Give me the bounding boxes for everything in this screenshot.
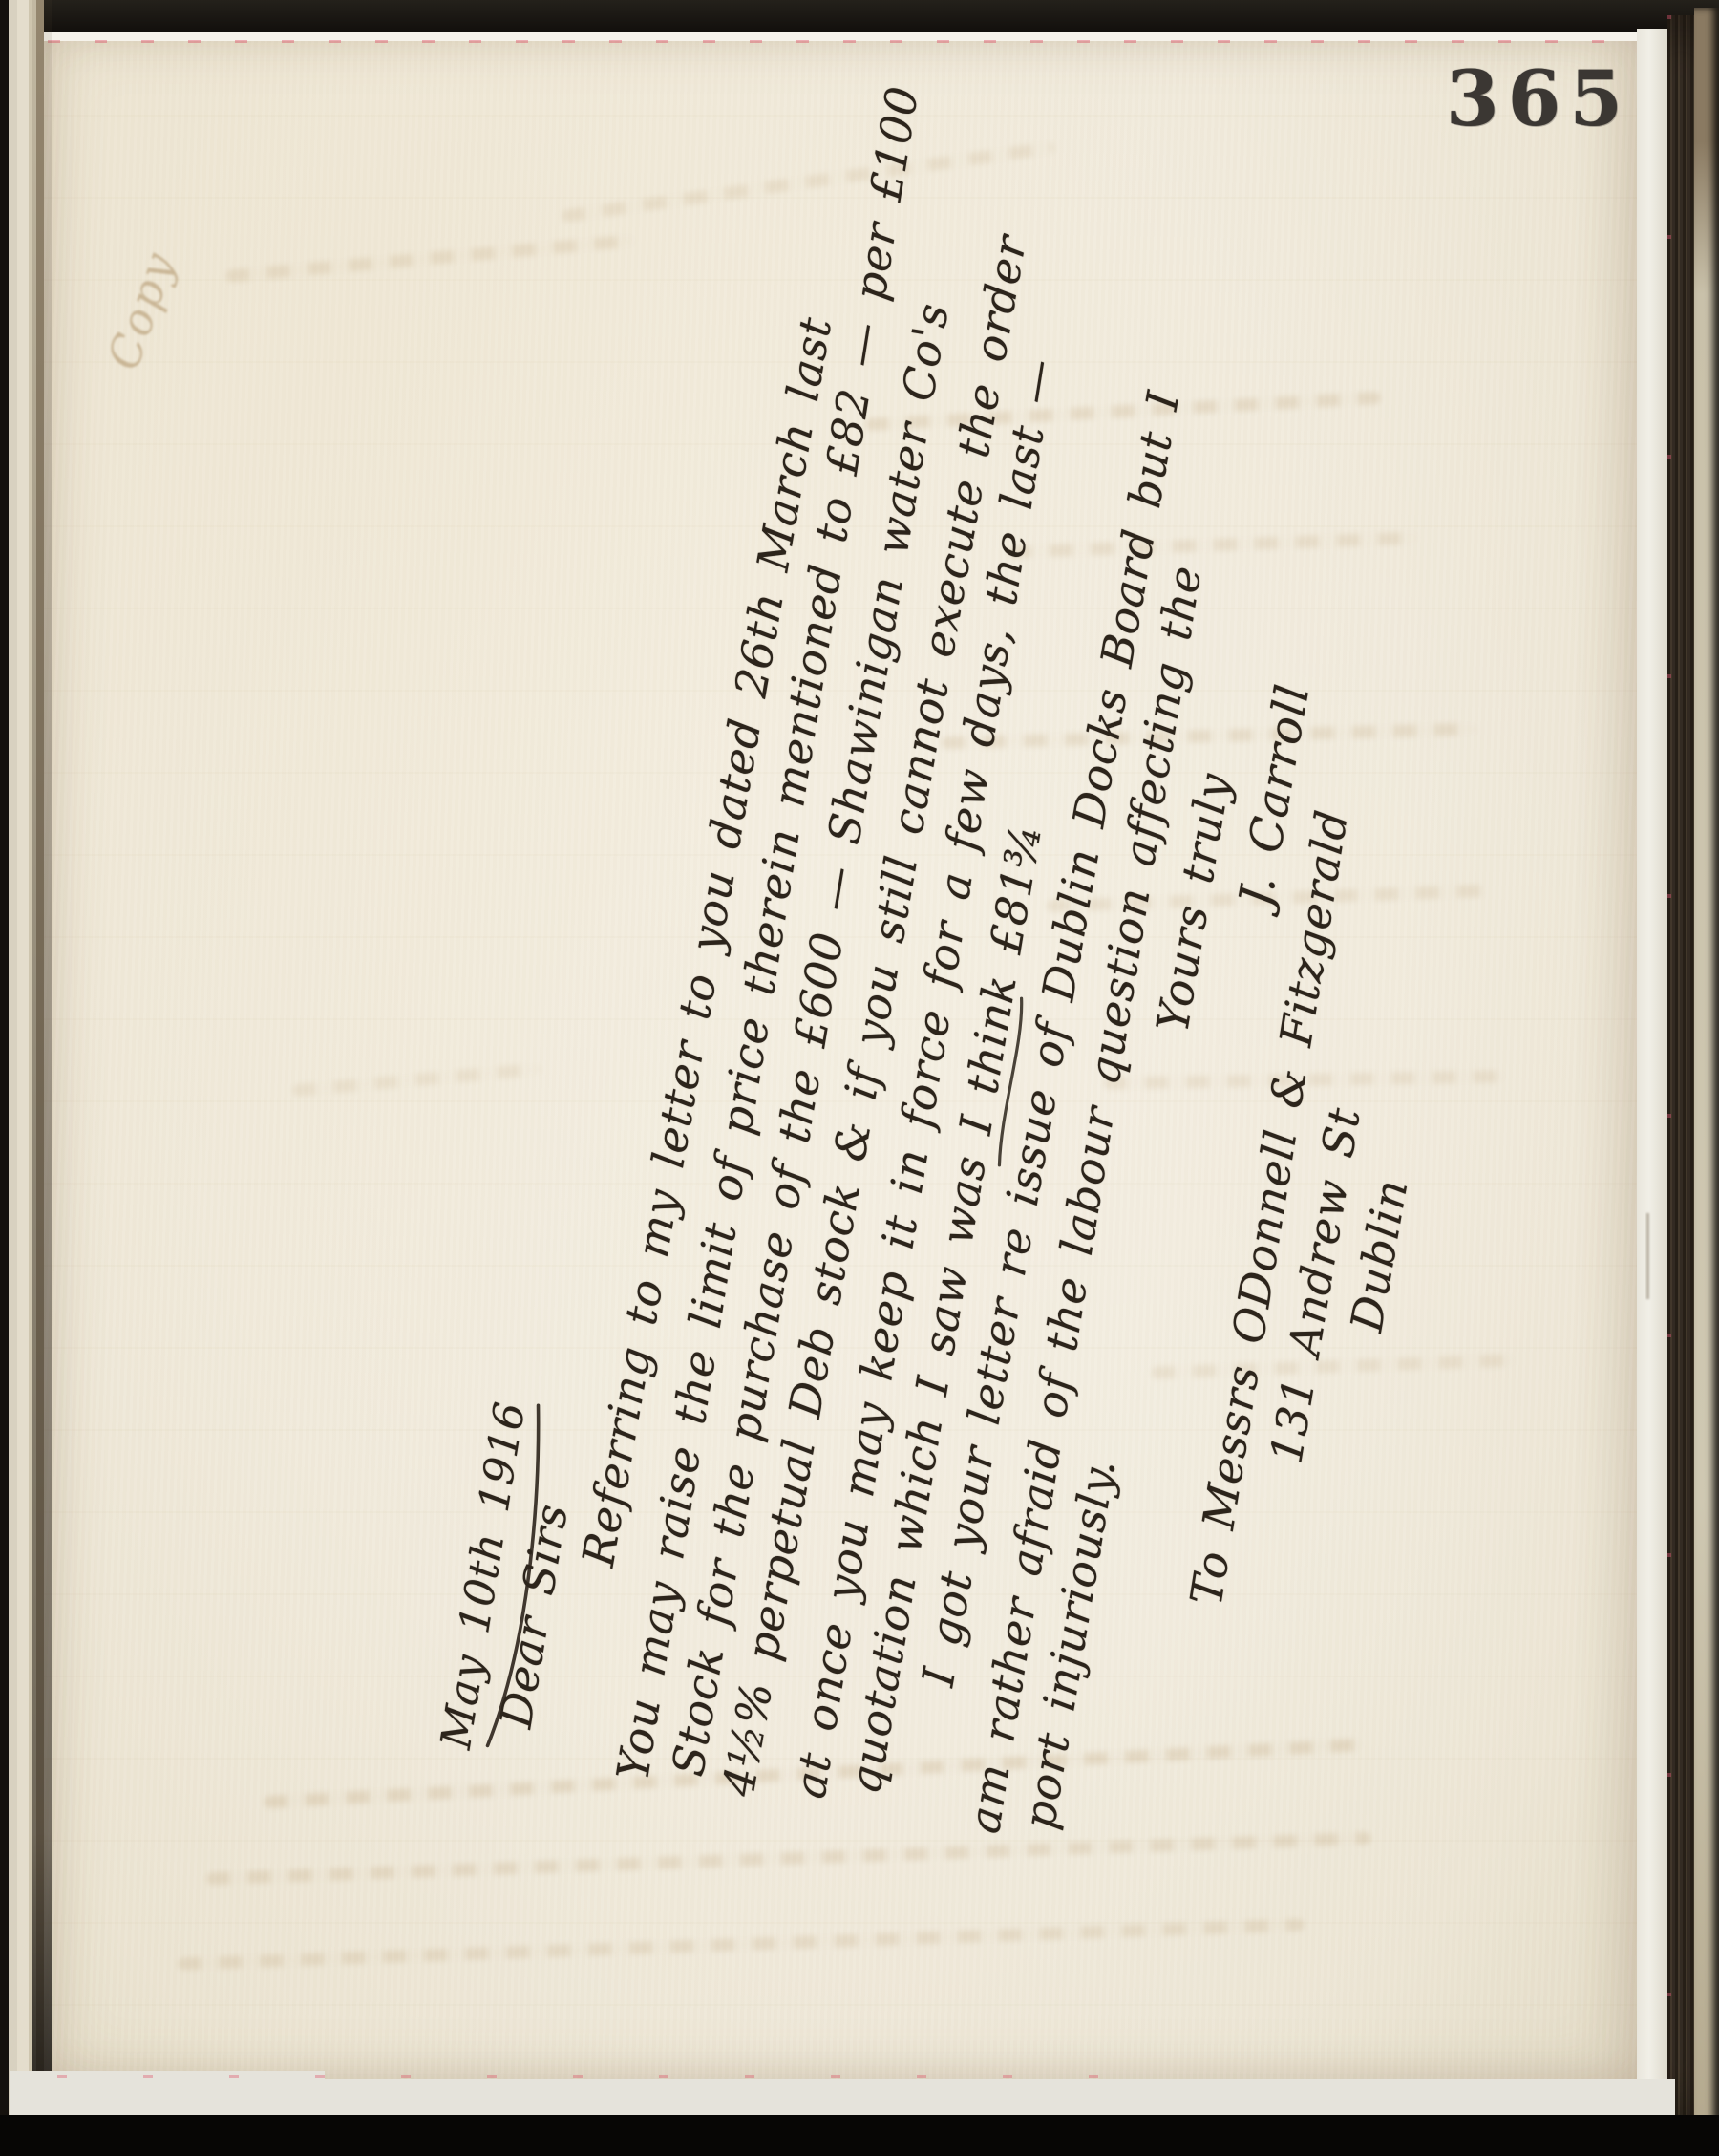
page-edge-tear [1646,1213,1649,1299]
ghost-streak [292,1063,541,1098]
page-stack-red-specks [1667,15,1671,2126]
book-page-stack-outer [1694,8,1719,2138]
scanned-letterbook-page: 365 Copy May 10th 1916 Dear [0,0,1719,2156]
page-right-edge [1637,29,1667,2098]
ghost-streak [225,234,635,282]
red-dotted-bottom-line [57,2075,1108,2078]
scan-background-bottom [0,2115,1719,2156]
red-dotted-edge-line [48,40,1623,43]
ghost-streak [178,1918,1305,1970]
letterbook-page: 365 Copy May 10th 1916 Dear [44,32,1637,2081]
book-page-stack [1667,15,1694,2126]
copy-annotation: Copy [97,245,185,376]
page-number: 365 [1446,53,1631,143]
next-page-bottom-edge [10,2079,1675,2119]
handwritten-letter: May 10th 1916 Dear Sirs Referring to my … [426,181,1569,1893]
scan-background-top [0,0,1719,32]
binding-gutter-shadow [32,0,52,2156]
